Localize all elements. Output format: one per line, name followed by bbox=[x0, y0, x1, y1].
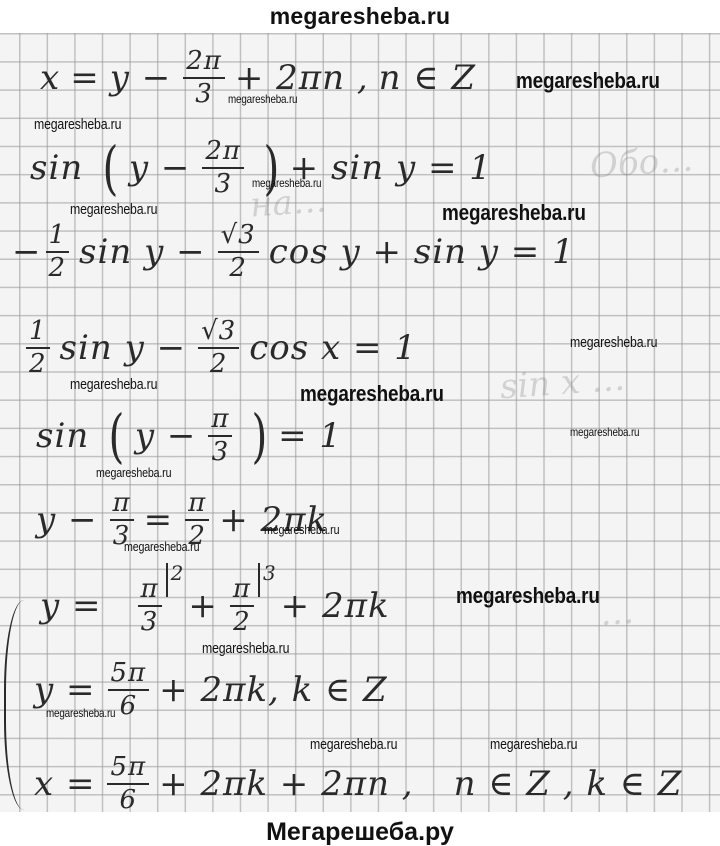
fraction-numerator: √3 bbox=[218, 222, 259, 253]
fraction: 2π3 bbox=[183, 48, 225, 109]
fraction-numerator: π bbox=[110, 490, 134, 521]
fraction: 5π6 bbox=[107, 754, 149, 815]
expr-equals: = bbox=[70, 61, 100, 95]
expr-equals: = bbox=[144, 503, 174, 537]
fraction-denominator: 2 bbox=[229, 253, 247, 282]
common-denominator-multiplier: 2 bbox=[166, 563, 185, 597]
watermark: megaresheba.ru bbox=[490, 736, 577, 753]
watermark: megaresheba.ru bbox=[124, 539, 199, 554]
expr-rest: = 1 bbox=[278, 419, 342, 453]
expr-plus: + bbox=[188, 589, 218, 623]
fraction-numerator: π bbox=[185, 490, 209, 521]
expr-term: sin y − bbox=[60, 331, 187, 365]
open-paren: ( bbox=[109, 407, 126, 465]
expr-lhs: x = bbox=[34, 767, 95, 801]
fraction-denominator: 6 bbox=[120, 785, 138, 814]
expr-rest: cos x = 1 bbox=[249, 331, 417, 365]
fraction-numerator: 1 bbox=[46, 222, 70, 253]
expr-rest: + 2πk, k ∈ Z bbox=[159, 673, 388, 707]
fraction: 12 bbox=[26, 318, 50, 379]
fraction-denominator: 2 bbox=[233, 607, 251, 636]
watermark: megaresheba.ru bbox=[570, 425, 639, 439]
fraction: π2 bbox=[230, 576, 254, 637]
expr-function: sin bbox=[30, 151, 83, 185]
fraction-numerator: 2π bbox=[202, 138, 244, 169]
watermark: megaresheba.ru bbox=[300, 381, 444, 407]
fraction-numerator: π bbox=[138, 576, 162, 607]
expr-function: sin bbox=[36, 419, 89, 453]
watermark: megaresheba.ru bbox=[570, 334, 657, 351]
fraction-denominator: 6 bbox=[120, 691, 138, 720]
fraction-denominator: 2 bbox=[29, 349, 47, 378]
fraction: 2π3 bbox=[202, 138, 244, 199]
equation-line-7: y = π3 2 + π2 3 + 2πk bbox=[40, 576, 400, 637]
fraction: √32 bbox=[198, 318, 239, 379]
site-header: megaresheba.ru bbox=[0, 0, 720, 33]
expr-lhs: y = bbox=[40, 589, 102, 623]
expr-condition: n ∈ Z bbox=[379, 61, 476, 95]
fraction: π3 bbox=[208, 406, 232, 467]
fraction: √32 bbox=[218, 222, 259, 283]
watermark: megaresheba.ru bbox=[264, 522, 339, 537]
expr-lhs: x bbox=[40, 61, 60, 95]
watermark: megaresheba.ru bbox=[442, 200, 586, 226]
bleed-through-text: sin x … bbox=[499, 359, 627, 408]
expr-term: y − bbox=[135, 419, 197, 453]
watermark: megaresheba.ru bbox=[202, 640, 289, 657]
site-footer: Мегарешеба.ру bbox=[0, 812, 720, 846]
expr-term: y − bbox=[110, 61, 172, 95]
fraction-numerator: 1 bbox=[26, 318, 50, 349]
open-paren: ( bbox=[103, 139, 120, 197]
expr-lhs: y = bbox=[34, 673, 96, 707]
expr-term: sin y − bbox=[79, 235, 206, 269]
expr-rest: + 2πn , bbox=[235, 61, 369, 95]
expr-rest: cos y + sin y = 1 bbox=[269, 235, 575, 269]
fraction-numerator: π bbox=[230, 576, 254, 607]
fraction-numerator: √3 bbox=[198, 318, 239, 349]
equation-line-9: x = 5π6 + 2πk + 2πn , n ∈ Z , k ∈ Z bbox=[34, 754, 692, 815]
expr-term: y − bbox=[129, 151, 191, 185]
common-denominator-multiplier: 3 bbox=[258, 563, 277, 597]
fraction-denominator: 2 bbox=[210, 349, 228, 378]
equation-line-3: − 12 sin y − √32 cos y + sin y = 1 bbox=[12, 222, 585, 283]
fraction-denominator: 3 bbox=[195, 79, 213, 108]
fraction-numerator: 5π bbox=[108, 660, 150, 691]
fraction-denominator: 3 bbox=[214, 169, 232, 198]
expr-sign: − bbox=[12, 235, 42, 269]
watermark: megaresheba.ru bbox=[46, 706, 115, 720]
fraction: π3 bbox=[138, 576, 162, 637]
watermark: megaresheba.ru bbox=[34, 116, 121, 133]
watermark: megaresheba.ru bbox=[96, 465, 171, 480]
fraction: 12 bbox=[46, 222, 70, 283]
fraction-denominator: 3 bbox=[212, 437, 230, 466]
watermark: megaresheba.ru bbox=[252, 176, 321, 190]
fraction-denominator: 3 bbox=[141, 607, 159, 636]
bleed-through-text: … bbox=[599, 592, 636, 634]
expr-lhs: y − bbox=[36, 503, 98, 537]
watermark: megaresheba.ru bbox=[310, 736, 397, 753]
watermark: megaresheba.ru bbox=[456, 583, 600, 609]
equation-line-4: 12 sin y − √32 cos x = 1 bbox=[24, 318, 427, 379]
expr-rest: + 2πk bbox=[281, 589, 390, 623]
fraction-numerator: 2π bbox=[183, 48, 225, 79]
close-paren: ) bbox=[252, 407, 269, 465]
watermark: megaresheba.ru bbox=[516, 68, 660, 94]
watermark: megaresheba.ru bbox=[70, 201, 157, 218]
fraction-numerator: π bbox=[208, 406, 232, 437]
watermark: megaresheba.ru bbox=[70, 376, 157, 393]
fraction-denominator: 2 bbox=[49, 253, 67, 282]
fraction-numerator: 5π bbox=[107, 754, 149, 785]
expr-condition: n ∈ Z , k ∈ Z bbox=[454, 767, 683, 801]
expr-rest: + 2πk + 2πn , bbox=[159, 767, 413, 801]
bleed-through-text: Обо… bbox=[589, 139, 695, 186]
equation-line-5: sin ( y − π3 ) = 1 bbox=[36, 406, 352, 467]
watermark: megaresheba.ru bbox=[228, 92, 297, 106]
